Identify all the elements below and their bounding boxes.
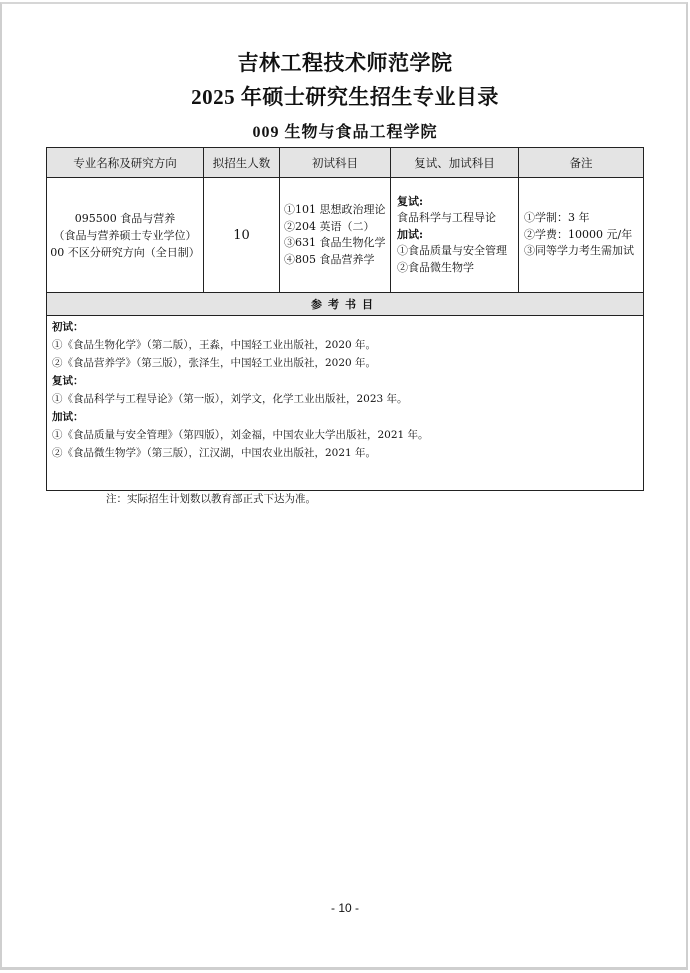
exam-subject: ②204 英语（二） bbox=[284, 219, 390, 236]
table-row: 095500 食品与营养 （食品与营养硕士专业学位） 00 不区分研究方向（全日… bbox=[47, 178, 644, 293]
exam-subject: ①101 思想政治理论 bbox=[284, 202, 390, 219]
exam-subject: ④805 食品营养学 bbox=[284, 252, 390, 269]
major-degree-type: （食品与营养硕士专业学位） bbox=[47, 227, 203, 244]
references-cell: 初试： ①《食品生物化学》（第二版），王淼，中国轻工业出版社，2020 年。 ②… bbox=[47, 316, 644, 491]
header-major: 专业名称及研究方向 bbox=[47, 148, 204, 178]
ref-item: ①《食品质量与安全管理》（第四版），刘金福，中国农业大学出版社，2021 年。 bbox=[52, 426, 638, 444]
extra-exam-label: 加试: bbox=[397, 227, 518, 244]
footnote: 注：实际招生计划数以教育部正式下达为准。 bbox=[106, 491, 316, 506]
retest-subject: 食品科学与工程导论 bbox=[397, 210, 518, 227]
ref-section-label: 初试： bbox=[52, 318, 638, 336]
ref-section-label: 加试： bbox=[52, 408, 638, 426]
page-number: - 10 - bbox=[0, 901, 690, 915]
note-item: ③同等学力考生需加试 bbox=[524, 243, 643, 260]
major-code-name: 095500 食品与营养 bbox=[47, 210, 203, 227]
note-item: ②学费：10000 元/年 bbox=[524, 227, 643, 244]
header-retest-subjects: 复试、加试科目 bbox=[391, 148, 519, 178]
ref-item: ②《食品营养学》（第三版），张泽生，中国轻工业出版社，2020 年。 bbox=[52, 354, 638, 372]
header-notes: 备注 bbox=[519, 148, 644, 178]
exam-subject: ③631 食品生物化学 bbox=[284, 235, 390, 252]
retest-label: 复试: bbox=[397, 194, 518, 211]
ref-item: ①《食品科学与工程导论》（第一版），刘学文，化学工业出版社，2023 年。 bbox=[52, 390, 638, 408]
research-direction: 00 不区分研究方向（全日制） bbox=[47, 244, 203, 261]
references-body-row: 初试： ①《食品生物化学》（第二版），王淼，中国轻工业出版社，2020 年。 ②… bbox=[47, 316, 644, 491]
notes-cell: ①学制：3 年 ②学费：10000 元/年 ③同等学力考生需加试 bbox=[519, 178, 644, 293]
ref-item: ①《食品生物化学》（第二版），王淼，中国轻工业出版社，2020 年。 bbox=[52, 336, 638, 354]
enrollment-count: 10 bbox=[204, 178, 280, 293]
header-enrollment: 拟招生人数 bbox=[204, 148, 280, 178]
retest-subjects-cell: 复试: 食品科学与工程导论 加试: ①食品质量与安全管理 ②食品微生物学 bbox=[391, 178, 519, 293]
major-cell: 095500 食品与营养 （食品与营养硕士专业学位） 00 不区分研究方向（全日… bbox=[47, 178, 204, 293]
extra-exam-subject: ②食品微生物学 bbox=[397, 260, 518, 277]
references-header: 参考书目 bbox=[47, 293, 644, 316]
exam-subjects-cell: ①101 思想政治理论 ②204 英语（二） ③631 食品生物化学 ④805 … bbox=[280, 178, 391, 293]
institution-title: 吉林工程技术师范学院 bbox=[0, 47, 690, 77]
extra-exam-subject: ①食品质量与安全管理 bbox=[397, 243, 518, 260]
note-item: ①学制：3 年 bbox=[524, 210, 643, 227]
ref-section-label: 复试： bbox=[52, 372, 638, 390]
catalog-title: 2025 年硕士研究生招生专业目录 bbox=[0, 81, 690, 111]
header-exam-subjects: 初试科目 bbox=[280, 148, 391, 178]
table-header-row: 专业名称及研究方向 拟招生人数 初试科目 复试、加试科目 备注 bbox=[47, 148, 644, 178]
references-header-row: 参考书目 bbox=[47, 293, 644, 316]
college-subtitle: 009 生物与食品工程学院 bbox=[0, 119, 690, 142]
program-catalog-table: 专业名称及研究方向 拟招生人数 初试科目 复试、加试科目 备注 095500 食… bbox=[46, 147, 644, 491]
ref-item: ②《食品微生物学》（第三版），江汉湖，中国农业出版社，2021 年。 bbox=[52, 444, 638, 462]
